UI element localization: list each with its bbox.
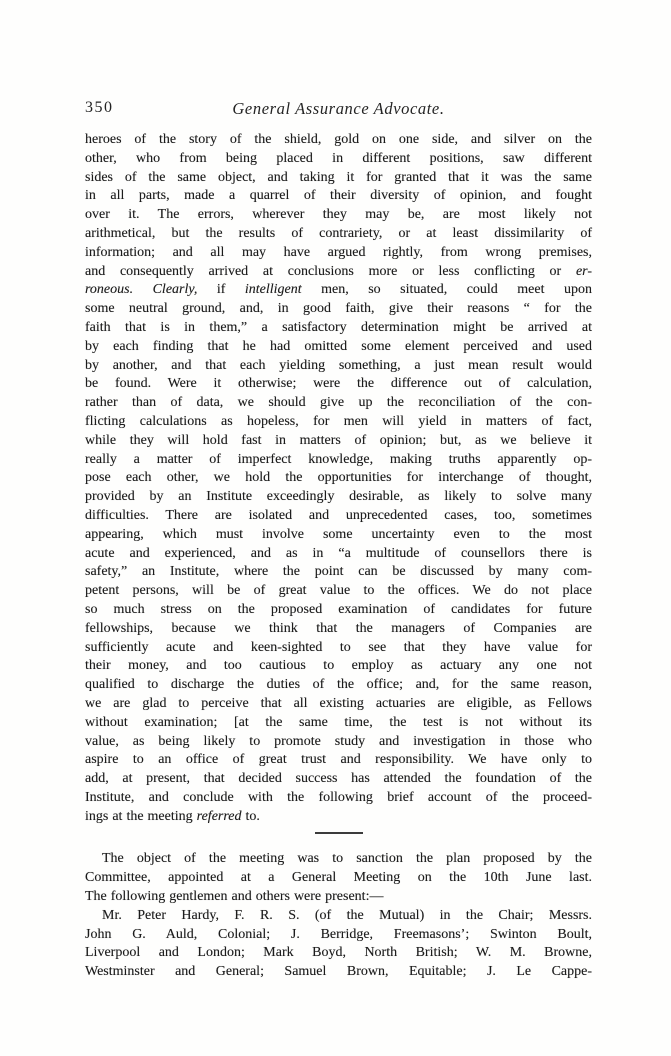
text-line: aspire to an office of great trust and r… xyxy=(85,751,592,770)
text-line: other, who from being placed in differen… xyxy=(85,150,592,169)
text-line: rather than of data, we should give up t… xyxy=(85,394,592,413)
paragraph: The object of the meeting was to sanctio… xyxy=(85,850,592,906)
text-line: safety,” an Institute, where the point c… xyxy=(85,563,592,582)
text-line: while they will hold fast in matters of … xyxy=(85,432,592,451)
text-line: qualified to discharge the duties of the… xyxy=(85,676,592,695)
page-body: heroes of the story of the shield, gold … xyxy=(85,131,592,982)
text-line: without examination; [at the same time, … xyxy=(85,714,592,733)
text-line: by another, and that each yielding somet… xyxy=(85,357,592,376)
text-line: Mr. Peter Hardy, F. R. S. (of the Mutual… xyxy=(85,907,592,926)
text-line: arithmetical, but the results of contrar… xyxy=(85,225,592,244)
text-line: over it. The errors, wherever they may b… xyxy=(85,206,592,225)
text-line: John G. Auld, Colonial; J. Berridge, Fre… xyxy=(85,926,592,945)
text-line: The following gentlemen and others were … xyxy=(85,888,592,907)
journal-title: General Assurance Advocate. xyxy=(85,99,592,119)
text-line: Liverpool and London; Mark Boyd, North B… xyxy=(85,944,592,963)
text-line: and consequently arrived at conclusions … xyxy=(85,263,592,282)
text-line: ings at the meeting referred to. xyxy=(85,808,592,827)
text-line: faith that is in them,” a satisfactory d… xyxy=(85,319,592,338)
scanned-page: 350 General Assurance Advocate. heroes o… xyxy=(0,0,671,1056)
text-line: roneous. Clearly, if intelligent men, so… xyxy=(85,281,592,300)
text-line: we are glad to perceive that all existin… xyxy=(85,695,592,714)
text-line: heroes of the story of the shield, gold … xyxy=(85,131,592,150)
text-line: pose each other, we hold the opportuniti… xyxy=(85,469,592,488)
page-header: 350 General Assurance Advocate. xyxy=(85,99,592,119)
text-line: in all parts, made a quarrel of their di… xyxy=(85,187,592,206)
text-line: fellowships, because we think that the m… xyxy=(85,620,592,639)
paragraph: heroes of the story of the shield, gold … xyxy=(85,131,592,826)
text-line: Institute, and conclude with the followi… xyxy=(85,789,592,808)
text-line: Westminster and General; Samuel Brown, E… xyxy=(85,963,592,982)
text-line: by each finding that he had omitted some… xyxy=(85,338,592,357)
text-line: so much stress on the proposed examinati… xyxy=(85,601,592,620)
text-line: acute and experienced, and as in “a mult… xyxy=(85,545,592,564)
text-line: petent persons, will be of great value t… xyxy=(85,582,592,601)
text-line: really a matter of imperfect knowledge, … xyxy=(85,451,592,470)
text-line: The object of the meeting was to sanctio… xyxy=(85,850,592,869)
text-line: sides of the same object, and taking it … xyxy=(85,169,592,188)
text-line: some neutral ground, and, in good faith,… xyxy=(85,300,592,319)
text-line: be found. Were it otherwise; were the di… xyxy=(85,375,592,394)
text-line: appearing, which must involve some uncer… xyxy=(85,526,592,545)
text-line: flicting calculations as hopeless, for m… xyxy=(85,413,592,432)
section-divider-rule xyxy=(315,832,363,834)
text-line: add, at present, that decided success ha… xyxy=(85,770,592,789)
text-line: provided by an Institute exceedingly des… xyxy=(85,488,592,507)
text-line: their money, and too cautious to employ … xyxy=(85,657,592,676)
text-line: difficulties. There are isolated and unp… xyxy=(85,507,592,526)
text-line: sufficiently acute and keen-sighted to s… xyxy=(85,639,592,658)
text-line: information; and all may have argued rig… xyxy=(85,244,592,263)
paragraph: Mr. Peter Hardy, F. R. S. (of the Mutual… xyxy=(85,907,592,982)
text-line: Committee, appointed at a General Meetin… xyxy=(85,869,592,888)
text-line: value, as being likely to promote study … xyxy=(85,733,592,752)
